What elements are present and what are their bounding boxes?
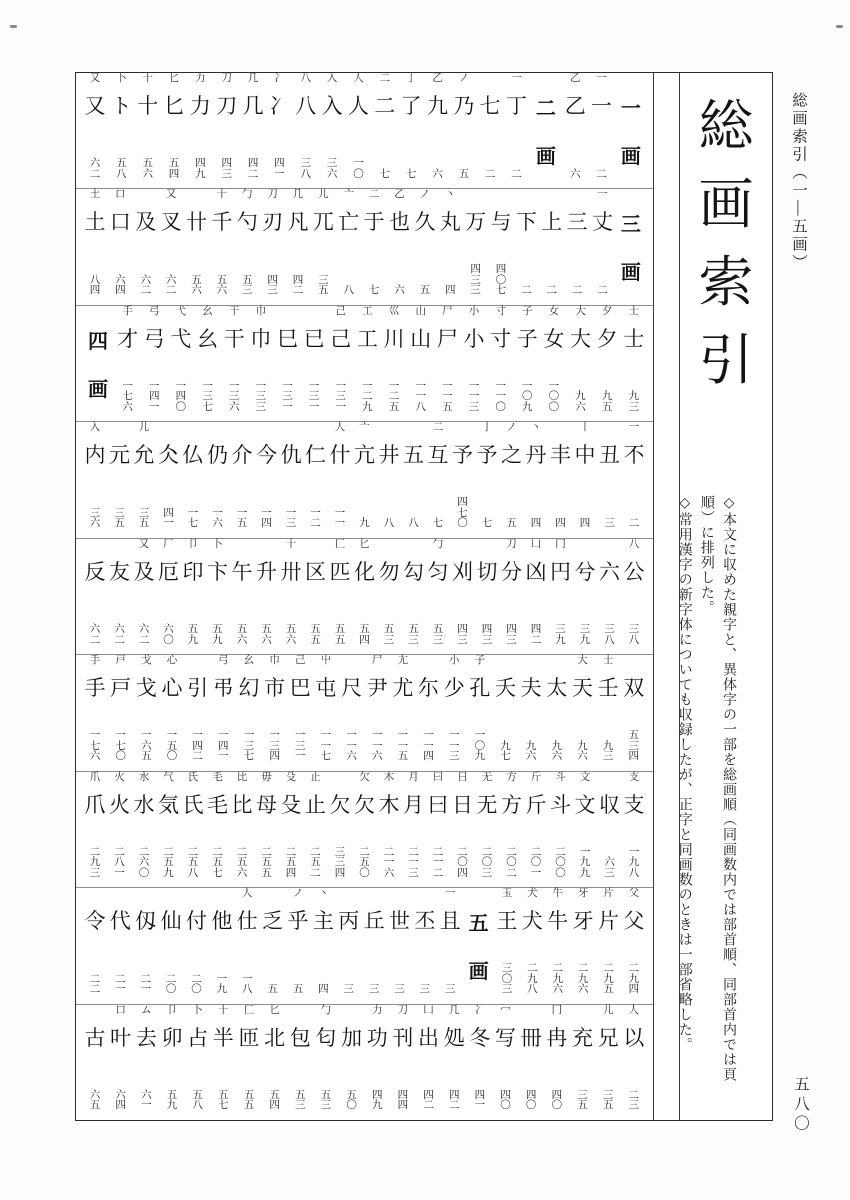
entry-page-number: 一一六 <box>372 731 383 763</box>
radical-label: 戸 <box>115 655 126 669</box>
kanji-character: 円 <box>550 561 571 583</box>
kanji-character: 占 <box>187 1027 208 1049</box>
radical-label: 爪 <box>90 772 101 786</box>
kanji-entry: 入入三六 <box>320 73 344 188</box>
kanji-entry: 人仕一八 <box>235 888 259 1003</box>
page-number-digit: 一 <box>141 1101 152 1112</box>
kanji-entry: 力力四九 <box>188 73 212 188</box>
entry-page-number: 一二九 <box>362 382 373 414</box>
scan-mark-left <box>10 25 17 28</box>
entry-page-number: 四一 <box>274 159 285 180</box>
page-number-digit: 二 <box>547 286 558 297</box>
page-number-digit: 四 <box>115 286 126 297</box>
kanji-entry: 手才一七六 <box>116 306 140 421</box>
entry-page-number: 二 <box>629 519 640 530</box>
kanji-entry: 巾市一三四 <box>263 655 287 770</box>
kanji-character: 出 <box>418 1027 439 1049</box>
radical-label: 人 <box>242 888 253 902</box>
section-header-character: 画 <box>469 962 489 982</box>
entry-page-number: 八 <box>408 519 419 530</box>
page-number-digit: 〇 <box>495 403 506 414</box>
kanji-character: 犬 <box>522 910 543 932</box>
page-number-digit: 九 <box>212 636 223 647</box>
kanji-entry: 亠亢九 <box>353 422 377 537</box>
page-number-digit: 七 <box>380 170 391 181</box>
kanji-character: 幺 <box>197 328 218 350</box>
kanji-character: 允 <box>134 444 155 466</box>
kanji-entry: 凵出四二 <box>417 1005 441 1120</box>
kanji-entry: 匚匝五五 <box>237 1005 261 1120</box>
radical-label: 父 <box>629 888 640 902</box>
kanji-entry: 子孔一〇九 <box>468 655 492 770</box>
page-number-digit: 五 <box>261 858 272 869</box>
radical-label: 一 <box>596 73 607 87</box>
kanji-character: 内 <box>85 444 106 466</box>
kanji-character: 孔 <box>469 677 490 699</box>
kanji-entry: 亅予七 <box>475 422 499 537</box>
radical-label: 斤 <box>531 772 542 786</box>
kanji-entry: 仭二一 <box>134 888 158 1003</box>
entry-page-number: 四四 <box>398 1091 409 1112</box>
page-number-digit: 六 <box>553 985 564 996</box>
kanji-entry: 父父二九四 <box>622 888 646 1003</box>
kanji-character: 仇 <box>281 444 302 466</box>
index-row: 双五三四士壬九三大天九六太九六夫九六夭九七子孔一〇九小少一一三尓一一四尢尤一一五… <box>76 655 653 771</box>
entry-page-number: 四 <box>555 519 566 530</box>
title-character: 索 <box>698 255 753 310</box>
kanji-entry: 夭九七 <box>494 655 518 770</box>
radical-label: 儿 <box>603 1005 614 1019</box>
page-number-digit: 二 <box>293 286 304 297</box>
kanji-entry: 几凡四二 <box>286 189 310 304</box>
kanji-character: 比 <box>232 794 253 816</box>
entry-page-number: 六 <box>432 170 443 181</box>
radical-label: 亠 <box>359 422 370 436</box>
entry-page-number: 一五 <box>237 509 248 530</box>
page-number-digit: 四 <box>629 752 640 763</box>
entry-page-number: 一七〇 <box>115 731 126 763</box>
page-number-digit: 六 <box>432 170 443 181</box>
kanji-character: 太 <box>546 677 567 699</box>
page-number-digit: 五 <box>212 858 223 869</box>
kanji-character: 卞 <box>207 561 228 583</box>
kanji-entry: 卜ト五八 <box>109 73 133 188</box>
radical-label: 幺 <box>244 655 255 669</box>
entry-page-number: 四〇七 <box>496 265 507 297</box>
kanji-entry: 士壬九三 <box>596 655 620 770</box>
page-number-digit: 七 <box>500 752 511 763</box>
kanji-character: 予 <box>452 444 473 466</box>
entry-page-number: 三 <box>344 985 355 996</box>
kanji-entry: 十十五六 <box>136 73 160 188</box>
radical-label: 一 <box>445 888 456 902</box>
radical-label: 亅 <box>406 73 417 87</box>
kanji-entry: 三二 <box>565 189 589 304</box>
kanji-character: 五 <box>403 444 424 466</box>
kanji-character: 引 <box>187 677 208 699</box>
page-number-digit: 四 <box>398 1101 409 1112</box>
index-row: 士士九三夕夕九五大大九六女女一〇〇子子一〇九寸寸一一〇小小一一三尸尸一一五山山一… <box>76 306 653 422</box>
kanji-character: 半 <box>213 1027 234 1049</box>
page-number-digit: 九 <box>372 1101 383 1112</box>
page-number-digit: 六 <box>142 170 153 181</box>
kanji-entry: 幺幺一三七 <box>196 306 220 421</box>
radical-label: 尸 <box>442 306 453 320</box>
radical-label: 心 <box>167 655 178 669</box>
kanji-entry: 又及六二 <box>132 539 156 654</box>
kanji-entry: 凵凶四二 <box>524 539 548 654</box>
kanji-character: 尹 <box>367 677 388 699</box>
page-number-digit: 八 <box>344 286 355 297</box>
kanji-entry: 幺幻一三七 <box>237 655 261 770</box>
page-number-digit: 四 <box>445 286 456 297</box>
kanji-character: 王 <box>497 910 518 932</box>
entry-page-number: 五 <box>420 286 431 297</box>
page-number-digit: 九 <box>188 636 199 647</box>
kanji-entry: 弓弔一四一 <box>211 655 235 770</box>
entry-page-number: 七 <box>406 170 417 181</box>
radical-label: 己 <box>336 306 347 320</box>
radical-label: 屮 <box>321 655 332 669</box>
kanji-entry: 冫冬四一 <box>468 1005 492 1120</box>
page-number-digit: 三 <box>629 1101 640 1112</box>
page-number-digit: 三 <box>603 752 614 763</box>
kanji-character: 土 <box>85 211 106 233</box>
radical-label: 女 <box>549 306 560 320</box>
radical-label: 无 <box>482 772 493 786</box>
entry-page-number: 四〇 <box>500 1091 511 1112</box>
entry-page-number: 三 <box>420 985 431 996</box>
kanji-character: 匕 <box>164 95 185 117</box>
kanji-entry: 予四七〇 <box>451 422 475 537</box>
page-number-digit: 二 <box>90 636 101 647</box>
page-number-digit: 六 <box>217 286 228 297</box>
kanji-character: 午 <box>232 561 253 583</box>
entry-page-number: 一一 <box>335 509 346 530</box>
entry-page-number: 三八 <box>301 159 312 180</box>
kanji-character: 巳 <box>277 328 298 350</box>
kanji-entry: 二于七 <box>362 189 386 304</box>
kanji-character: 夫 <box>521 677 542 699</box>
kanji-character: 幻 <box>238 677 259 699</box>
kanji-character: 屯 <box>315 677 336 699</box>
radical-label: 乙 <box>570 73 581 87</box>
entry-page-number: 一三六 <box>229 382 240 414</box>
page-number-digit: 六 <box>372 752 383 763</box>
radical-label: ノ <box>420 189 431 203</box>
page-number-digit: 一 <box>335 519 346 530</box>
entry-page-number: 一三 <box>286 509 297 530</box>
kanji-character: 夕 <box>597 328 618 350</box>
kanji-entry: 刈四三 <box>451 539 475 654</box>
entry-page-number: 六一 <box>141 1091 152 1112</box>
kanji-character: 女 <box>543 328 564 350</box>
entry-page-number: 二九三 <box>90 848 101 880</box>
page-number-digit: 五 <box>139 519 150 530</box>
kanji-character: 母 <box>256 794 277 816</box>
page-number-digit: 四 <box>169 170 180 181</box>
radical-label: 月 <box>408 772 419 786</box>
radical-label: 人 <box>353 73 364 87</box>
entry-page-number: 二五八 <box>188 848 199 880</box>
entry-page-number: 六五 <box>90 1091 101 1112</box>
page-number-digit: 四 <box>115 1101 126 1112</box>
page-number-digit: 四 <box>90 286 101 297</box>
kanji-entry: 二二七 <box>373 73 397 188</box>
page-number-digit: 六 <box>90 519 101 530</box>
page-number-digit: 一 <box>282 403 293 414</box>
kanji-character: 代 <box>110 910 131 932</box>
kanji-character: 匀 <box>428 561 449 583</box>
radical-label: 水 <box>139 772 150 786</box>
radical-label: 氏 <box>188 772 199 786</box>
kanji-character: 天 <box>572 677 593 699</box>
kanji-entry: 牛牛二九六 <box>546 888 570 1003</box>
entry-page-number: 四二 <box>248 159 259 180</box>
kanji-entry: 月月二一三 <box>402 772 426 887</box>
page-number-digit: 〇 <box>115 752 126 763</box>
radical-label: 巾 <box>256 306 267 320</box>
entry-page-number: 二九六 <box>578 964 589 996</box>
page-number-digit: 二 <box>531 636 542 647</box>
kanji-character: 牛 <box>547 910 568 932</box>
entry-page-number: 三九 <box>555 625 566 646</box>
kanji-entry: 一不二 <box>622 422 646 537</box>
entry-page-number: 二 <box>511 170 522 181</box>
kanji-character: 丕 <box>414 910 435 932</box>
kanji-character: 丰 <box>550 444 571 466</box>
page-number-digit: 五 <box>90 1101 101 1112</box>
kanji-character: 兄 <box>598 1027 619 1049</box>
page-number-digit: 三 <box>604 519 615 530</box>
entry-page-number: 五五 <box>310 625 321 646</box>
page-number-digit: 一 <box>433 858 444 869</box>
kanji-entry: 匚匹五五 <box>328 539 352 654</box>
page-number-digit: 九 <box>90 858 101 869</box>
page-number-digit: 三 <box>221 170 232 181</box>
entry-page-number: 一一四 <box>423 731 434 763</box>
page-number-digit: 三 <box>286 519 297 530</box>
page-title: 総画索引 <box>698 99 753 411</box>
page-number-digit: 一 <box>141 985 152 996</box>
index-row: 三画一丈二三二上二下二与四〇七万四三三丶丸四ノ久五乙也六二于七亠亡八儿兀三五几凡… <box>76 189 653 305</box>
kanji-entry: 冂冉四〇 <box>545 1005 569 1120</box>
radical-label: 冫 <box>475 1005 486 1019</box>
kanji-entry: 入内三六 <box>83 422 107 537</box>
entry-page-number: 一四一 <box>149 382 160 414</box>
kanji-entry: 一丁二 <box>505 73 529 188</box>
kanji-entry: 夫九六 <box>519 655 543 770</box>
kanji-entry: 女女一〇〇 <box>542 306 566 421</box>
page-number-digit: 四 <box>580 519 591 530</box>
page-number-digit: 八 <box>408 519 419 530</box>
kanji-character: 士 <box>623 328 644 350</box>
kanji-entry: 卩卯五九 <box>160 1005 184 1120</box>
page-number-digit: 七 <box>202 403 213 414</box>
kanji-entry: 八八三八 <box>294 73 318 188</box>
kanji-character: 卄 <box>186 211 207 233</box>
kanji-character: 叉 <box>161 211 182 233</box>
entry-page-number: 五 <box>459 170 470 181</box>
entry-page-number: 一七六 <box>90 731 101 763</box>
page-number-digit: 一 <box>149 403 160 414</box>
page-number-digit: 五 <box>267 985 278 996</box>
entry-page-number: 二五九 <box>163 848 174 880</box>
kanji-entry: 尸尸一一五 <box>435 306 459 421</box>
page-number-digit: 四 <box>359 636 370 647</box>
entry-page-number: 二五五 <box>261 848 272 880</box>
page-number-digit: 九 <box>580 636 591 647</box>
kanji-character: 丈 <box>592 211 613 233</box>
page-number-digit: 四 <box>457 869 468 880</box>
entry-page-number: 五六 <box>142 159 153 180</box>
radical-label: 匕 <box>169 73 180 87</box>
kanji-character: 以 <box>623 1027 644 1049</box>
entry-page-number: 六二 <box>141 276 152 297</box>
radical-label: 小 <box>469 306 480 320</box>
page-number-digit: 五 <box>293 985 304 996</box>
kanji-entry: 屮屯一一七 <box>314 655 338 770</box>
page-number-digit: 八 <box>384 519 395 530</box>
kanji-entry: 斗斗二〇〇 <box>549 772 573 887</box>
page-number-digit: 〇 <box>500 1101 511 1112</box>
kanji-entry: 无无二〇三 <box>475 772 499 887</box>
entry-page-number: 九六 <box>526 742 537 763</box>
page-number-digit: 五 <box>602 403 613 414</box>
entry-page-number: 三五 <box>318 276 329 297</box>
kanji-character: 公 <box>624 561 645 583</box>
radical-label: ム <box>141 1005 152 1019</box>
kanji-entry: 引一四二 <box>186 655 210 770</box>
kanji-entry: 日日二〇四 <box>451 772 475 887</box>
page-number-digit: 三 <box>90 869 101 880</box>
kanji-character: 水 <box>134 794 155 816</box>
kanji-entry: 五八 <box>402 422 426 537</box>
kanji-entry: 匕化五四 <box>353 539 377 654</box>
entry-page-number: 二 <box>597 286 608 297</box>
kanji-entry: 丑三 <box>598 422 622 537</box>
entry-page-number: 四二 <box>531 625 542 646</box>
entry-page-number: 六二 <box>139 625 150 646</box>
section-header-character: 三 <box>621 215 641 235</box>
kanji-character: 六 <box>599 561 620 583</box>
kanji-entry: 卜占五八 <box>186 1005 210 1120</box>
page-number-digit: 三 <box>506 636 517 647</box>
radical-label: 凵 <box>423 1005 434 1019</box>
kanji-character: 曰 <box>428 794 449 816</box>
kanji-entry: 仍一六 <box>206 422 230 537</box>
page-number-digit: 二 <box>572 286 583 297</box>
kanji-character: 乏 <box>262 910 283 932</box>
entry-page-number: 二〇三 <box>482 848 493 880</box>
page-number-digit: 六 <box>286 636 297 647</box>
page-number-digit: 九 <box>195 170 206 181</box>
kanji-character: 化 <box>354 561 375 583</box>
kanji-entry: 气気二五九 <box>157 772 181 887</box>
page-number-digit: 五 <box>603 1101 614 1112</box>
kanji-character: 分 <box>501 561 522 583</box>
kanji-character: 才 <box>117 328 138 350</box>
page-number-digit: 二 <box>553 964 564 975</box>
kanji-entry: 刀刀四三 <box>215 73 239 188</box>
kanji-character: 丸 <box>440 211 461 233</box>
radical-label: 冂 <box>552 1005 563 1019</box>
radical-label: 刀 <box>506 539 517 553</box>
kanji-character: 升 <box>256 561 277 583</box>
page-number-digit: 三 <box>344 985 355 996</box>
section-header-character: 画 <box>88 380 108 400</box>
entry-page-number: 一一六 <box>346 731 357 763</box>
kanji-character: 北 <box>264 1027 285 1049</box>
kanji-entry: 人人一〇 <box>346 73 370 188</box>
page-number-digit: 六 <box>552 752 563 763</box>
kanji-character: 兀 <box>313 211 334 233</box>
radical-label: 入 <box>90 422 101 436</box>
stroke-section-header: 二画 <box>531 73 561 188</box>
page-number-digit: 五 <box>244 1101 255 1112</box>
kanji-entry: 牙牙二九六 <box>571 888 595 1003</box>
entry-page-number: 二一二 <box>433 848 444 880</box>
kanji-entry: 仌四一 <box>157 422 181 537</box>
kanji-entry: 今一四 <box>255 422 279 537</box>
entry-page-number: 四三 <box>482 625 493 646</box>
kanji-character: 介 <box>232 444 253 466</box>
page-number-digit: 九 <box>475 752 486 763</box>
entry-page-number: 五九 <box>212 625 223 646</box>
stroke-section-header: 三画 <box>616 189 646 304</box>
page-number-digit: 八 <box>116 170 127 181</box>
radical-label: 口 <box>115 1005 126 1019</box>
page-number-digit: 五 <box>310 636 321 647</box>
radical-label: 刀 <box>221 73 232 87</box>
kanji-entry: 心心一五〇 <box>160 655 184 770</box>
entry-page-number: 九六 <box>552 742 563 763</box>
page-number-digit: 五 <box>310 858 321 869</box>
radical-label: 巛 <box>389 306 400 320</box>
page-number-digit: 八 <box>527 985 538 996</box>
page-number-digit: 七 <box>218 1101 229 1112</box>
kanji-character: 丑 <box>599 444 620 466</box>
radical-label: 戈 <box>141 655 152 669</box>
entry-page-number: 五 <box>293 985 304 996</box>
kanji-character: 七 <box>480 95 501 117</box>
page-number-digit: 六 <box>237 636 248 647</box>
entry-page-number: 一三一 <box>336 382 347 414</box>
kanji-character: 世 <box>389 910 410 932</box>
entry-page-number: 二九五 <box>603 964 614 996</box>
page-number-digit: 一 <box>531 869 542 880</box>
kanji-character: 予 <box>477 444 498 466</box>
page-number-digit: 二 <box>449 1101 460 1112</box>
radical-label: 片 <box>603 888 614 902</box>
kanji-entry: 氏氏二五八 <box>181 772 205 887</box>
radical-label: 曰 <box>433 772 444 786</box>
radical-label: 日 <box>457 772 468 786</box>
kanji-entry: 一丈二 <box>591 189 615 304</box>
kanji-character: 丙 <box>338 910 359 932</box>
kanji-character: 久 <box>414 211 435 233</box>
radical-label: 幺 <box>202 306 213 320</box>
radical-label: 干 <box>229 306 240 320</box>
kanji-character: 欠 <box>354 794 375 816</box>
entry-page-number: 四二 <box>423 1091 434 1112</box>
page-number-digit: 〇 <box>526 1101 537 1112</box>
entry-page-number: 一六五 <box>141 731 152 763</box>
kanji-entry: 大大九六 <box>569 306 593 421</box>
radical-label: 儿 <box>318 189 329 203</box>
entry-page-number: 五五 <box>335 625 346 646</box>
page-number-digit: 二 <box>248 170 259 181</box>
